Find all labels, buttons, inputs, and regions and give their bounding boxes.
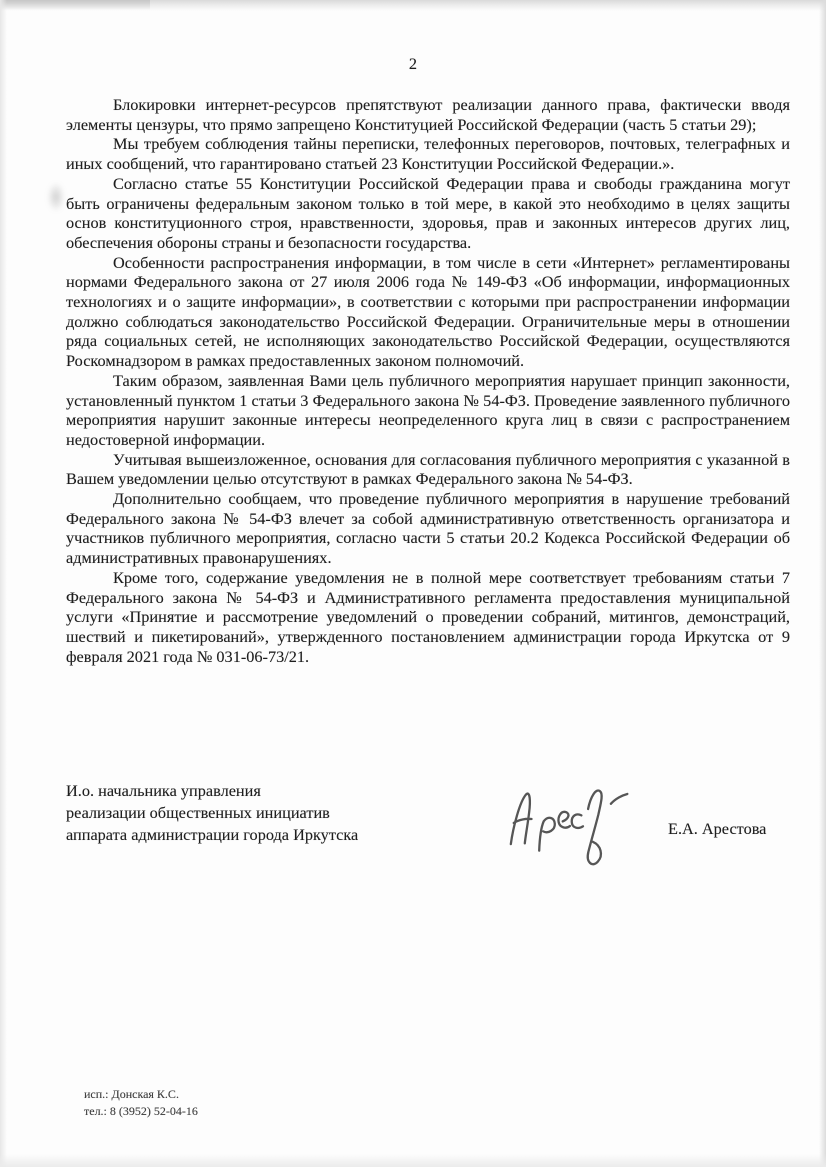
- paragraph: Согласно статье 55 Конституции Российско…: [66, 174, 790, 253]
- signatory-title-line: И.о. начальника управления: [66, 780, 358, 802]
- signatory-title-line: реализации общественных инициатив: [66, 802, 358, 824]
- signature-stroke-e: [558, 812, 570, 828]
- scan-edge-top-corner: [0, 0, 150, 10]
- signature-stroke-a: [508, 793, 533, 844]
- signatory-name: Е.А. Арестова: [668, 819, 766, 839]
- page-number: 2: [0, 54, 826, 74]
- executor-line: исп.: Донская К.С.: [84, 1086, 198, 1103]
- executor-footer: исп.: Донская К.С. тел.: 8 (3952) 52-04-…: [84, 1086, 198, 1119]
- paragraph: Мы требуем соблюдения тайны переписки, т…: [66, 134, 790, 173]
- signature-stroke-c: [571, 814, 583, 828]
- scan-edge-left: [0, 0, 7, 1167]
- paragraph: Особенности распространения информации, …: [66, 253, 790, 371]
- scan-edge-bottom: [0, 1154, 826, 1167]
- signature-stroke-p: [538, 818, 557, 851]
- signature-stroke-flourish: [584, 790, 605, 864]
- paragraph: Блокировки интернет-ресурсов препятствую…: [66, 95, 790, 134]
- letter-body: Блокировки интернет-ресурсов препятствую…: [66, 95, 790, 666]
- scanned-letter-page: 2 Блокировки интернет-ресурсов препятств…: [0, 0, 826, 1167]
- paragraph: Дополнительно сообщаем, что проведение п…: [66, 489, 790, 568]
- handwritten-signature: [500, 779, 640, 874]
- scan-artifact-smudge: [47, 182, 65, 212]
- signatory-title-line: аппарата администрации города Иркутска: [66, 824, 358, 846]
- phone-line: тел.: 8 (3952) 52-04-16: [84, 1103, 198, 1120]
- signature-stroke-dash: [610, 794, 627, 804]
- paragraph: Кроме того, содержание уведомления не в …: [66, 568, 790, 667]
- paragraph: Таким образом, заявленная Вами цель публ…: [66, 371, 790, 450]
- paragraph: Учитывая вышеизложенное, основания для с…: [66, 450, 790, 489]
- scan-edge-right: [819, 0, 826, 1167]
- signatory-title-block: И.о. начальника управления реализации об…: [66, 780, 358, 846]
